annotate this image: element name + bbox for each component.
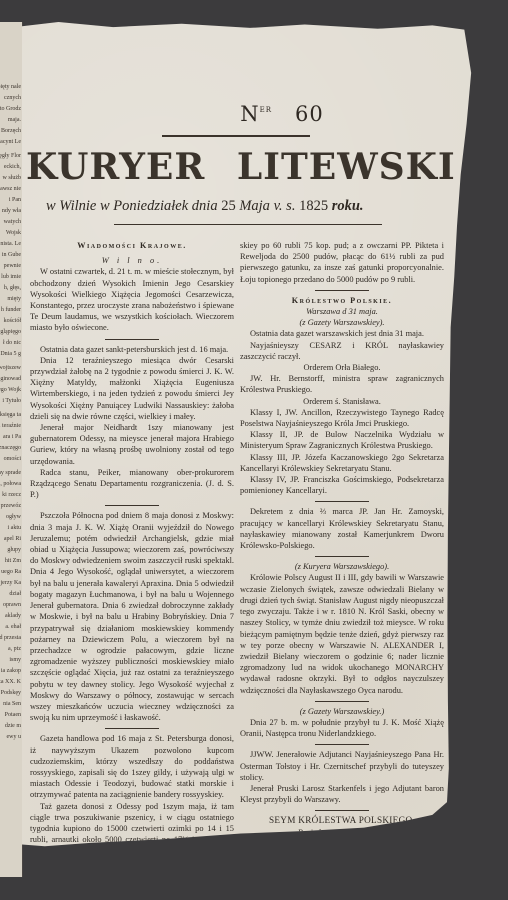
previous-page-text-fragment: ismy xyxy=(9,657,21,664)
previous-page-text-fragment: omości xyxy=(4,456,21,463)
newspaper-sheet: NER 60 KURYER LITEWSKI w Wilnie w Ponied… xyxy=(22,22,478,870)
masthead-word-1: KURYER xyxy=(26,146,205,188)
article-paragraph: Dnia 12 teraźnieyszego miesiąca dwór Ces… xyxy=(30,355,234,422)
article-paragraph: Jenerał Pruski Larosz Starkenfels i jego… xyxy=(240,783,444,805)
issue-number: NER 60 xyxy=(207,102,357,126)
previous-page-text-fragment: ego Wojk xyxy=(0,387,21,394)
issue-prefix: N xyxy=(240,102,259,126)
article-paragraph: Jenerał major Neidhardt 1szy mianowany j… xyxy=(30,422,234,467)
article-paragraph: Ostatnia data gazet sankt-petersburskich… xyxy=(30,344,234,355)
order-heading: Orderem Orła Białego. xyxy=(240,362,444,373)
previous-page-text-fragment: jerzy Ka xyxy=(1,580,22,587)
previous-page-text-fragment: Borzęch xyxy=(1,128,21,135)
previous-page-text-fragment: watych xyxy=(4,219,21,226)
article-divider xyxy=(315,290,369,291)
source-note: (z Gazety Warszawskiey.) xyxy=(240,706,444,717)
source-note: (z Gazety Warszawskiey). xyxy=(240,317,444,328)
previous-page-text-fragment: Wojsk xyxy=(6,230,21,237)
previous-page-text-fragment: h funder xyxy=(1,307,21,314)
dateline-prefix: w Wilnie w Poniedziałek dnia xyxy=(46,198,218,214)
previous-page-text-fragment: cznych xyxy=(4,95,21,102)
article-divider xyxy=(315,810,369,811)
dateline-year: 1825 xyxy=(299,198,328,214)
previous-page-text-fragment: i aktu xyxy=(8,525,22,532)
previous-page-text-fragment: ndy wła xyxy=(2,208,21,215)
previous-page-text-fragment: za XX. K xyxy=(0,679,21,686)
previous-page-text-fragment: hit Zm xyxy=(5,558,21,565)
article-paragraph: Nayjaśnieyszy CESARZ i KRÓL nayłaskawiey… xyxy=(240,340,444,362)
previous-page-text-fragment: maja. xyxy=(8,117,21,124)
previous-page-text-fragment: apel Ri xyxy=(4,536,21,543)
article-divider xyxy=(315,501,369,502)
section-heading-kingdom-of-poland: Królestwo Polskie. xyxy=(240,295,444,306)
article-paragraph: Klassy III, JP. Józefa Kaczanowskiego 2g… xyxy=(240,452,444,474)
header-rule-bottom xyxy=(114,224,382,225)
previous-page-text-fragment: i teraźnie xyxy=(0,423,21,430)
article-paragraph: Klassy I, JW. Ancillon, Rzeczywistego Ta… xyxy=(240,407,444,429)
issue-value: 60 xyxy=(295,102,324,126)
section-heading-sejm: SEYM KRÓLESTWA POLSKIEGO. xyxy=(240,815,444,826)
previous-page-text-fragment: kościół xyxy=(4,318,21,325)
previous-page-text-fragment: nawsz nie xyxy=(0,186,21,193)
source-note: (z Kuryera Warszawskiego). xyxy=(240,561,444,572)
previous-page-text-fragment: ewojtszew xyxy=(0,365,21,372)
previous-page-text-fragment: w służb xyxy=(3,175,22,182)
previous-page-text-fragment: Jacynt Le xyxy=(0,139,21,146)
previous-page-text-fragment: Podskęy xyxy=(1,690,21,697)
previous-page-text-fragment: przewóz xyxy=(1,503,21,510)
previous-page-text-fragment: pięty nale xyxy=(0,84,21,91)
previous-page-text-fragment: d przesta xyxy=(0,635,21,642)
article-paragraph: W ostatni czwartek, d. 21 t. m. w mieści… xyxy=(30,266,234,333)
scanned-newspaper-page: pięty nalecznychnto Grodzmaja.BorzęchJac… xyxy=(0,0,508,900)
previous-page-text-fragment: ogływ xyxy=(6,514,21,521)
previous-page-text-fragment: pygląpięgo xyxy=(0,329,21,336)
previous-page-text-fragment: ia zakop xyxy=(1,668,21,675)
issue-sup: ER xyxy=(260,106,272,114)
previous-page-text-fragment: eckich, xyxy=(4,164,21,171)
dateline-month: Maja xyxy=(239,198,270,214)
previous-page-text-fragment: księga ta xyxy=(0,412,21,419)
previous-page-text-fragment: znaczęgo xyxy=(0,445,21,452)
header-rule-top xyxy=(162,135,310,137)
dateline-day: 25 xyxy=(221,198,236,214)
previous-page-text-fragment: zęgły Flor xyxy=(0,153,21,160)
previous-page-text-fragment: lub imie xyxy=(1,274,21,281)
previous-page-text-fragment: ewy u xyxy=(7,734,22,741)
previous-page-text-fragment: mięty xyxy=(7,296,21,303)
dateline-style: v. s. xyxy=(274,198,296,214)
article-paragraph: skiey po 60 rubli 75 kop. pud; a z owcza… xyxy=(240,240,444,285)
dateline: w Wilnie w Poniedziałek dnia 25 Maja v. … xyxy=(46,198,446,215)
article-divider xyxy=(315,701,369,702)
previous-page-text-fragment: nista. Le xyxy=(0,241,21,248)
previous-page-text-fragment: pewnie xyxy=(4,263,21,270)
article-paragraph: JJWW. Jenerałowie Adjutanci Nayjaśnieysz… xyxy=(240,749,444,783)
article-paragraph: Gazeta handlowa pod 16 maja z St. Peters… xyxy=(30,733,234,800)
previous-page-text-fragment: a, ptz xyxy=(8,646,21,653)
article-paragraph: Taż gazeta donosi z Odessy pod 1szym maj… xyxy=(30,801,234,879)
article-paragraph: Klassy II, JP. de Bulow Naczelnika Wydzi… xyxy=(240,429,444,451)
previous-page-text-fragment: ny sprade xyxy=(0,470,21,477)
previous-page-text-fragment: i Tytuło xyxy=(2,398,21,405)
right-column: skiey po 60 rubli 75 kop. pud; a z owcza… xyxy=(240,240,444,883)
previous-page-text-fragment: ki rzecz xyxy=(2,492,21,499)
previous-page-text-fragment: z, połowa xyxy=(0,481,21,488)
previous-page-text-fragment: aklady xyxy=(5,613,21,620)
previous-page-text-fragment: Dnia 5 g xyxy=(0,351,21,358)
article-divider xyxy=(315,744,369,745)
article-paragraph: Pszczoła Północna pod dniem 8 maja donos… xyxy=(30,510,234,723)
article-divider xyxy=(105,505,159,506)
previous-page-text-fragment: ara i Pa xyxy=(3,434,21,441)
place-heading-vilnius: W i l n o. xyxy=(30,255,234,266)
previous-page-text-fragment: ł do nic xyxy=(3,340,21,347)
previous-page-text-fragment: dział xyxy=(9,591,21,598)
article-paragraph: W Izbie Senatorskiey. Na posiedzeniu dni… xyxy=(240,838,444,883)
article-divider xyxy=(315,556,369,557)
masthead-word-2: LITEWSKI xyxy=(237,146,456,188)
left-column: Wiadomości Krajowe. W i l n o. W ostatni… xyxy=(30,240,234,879)
previous-page-text-fragment: uego Ra xyxy=(1,569,21,576)
article-paragraph: Ostatnia data gazet warszawskich jest dn… xyxy=(240,328,444,339)
article-paragraph: Dekretem z dnia ⅔ marca JP. Jan Hr. Zamo… xyxy=(240,506,444,551)
previous-page-text-fragment: nia Sen xyxy=(3,701,21,708)
session-heading: Posiedzenie dnia 25 maja. xyxy=(240,827,444,838)
previous-page-text-fragment: Potaen xyxy=(5,712,21,719)
dateline-suffix: roku. xyxy=(332,198,364,214)
article-paragraph: Klassy IV, JP. Franciszka Gościmskiego, … xyxy=(240,474,444,496)
previous-page-text-fragment: głupy xyxy=(7,547,21,554)
previous-page-text-fragment: h, głęs, xyxy=(4,285,21,292)
previous-page-text-fragment: nto Grodz xyxy=(0,106,21,113)
order-heading: Orderem ś. Stanisława. xyxy=(240,396,444,407)
article-paragraph: Królowie Polscy August II i III, gdy baw… xyxy=(240,572,444,695)
article-paragraph: Dnia 27 b. m. w południe przybył tu J. K… xyxy=(240,717,444,739)
masthead-title: KURYER LITEWSKI xyxy=(26,146,462,188)
previous-page-text-fragment: i Pan xyxy=(9,197,21,204)
section-heading-domestic-news: Wiadomości Krajowe. xyxy=(30,240,234,251)
place-heading-warsaw: Warszawa d 31 maja. xyxy=(240,306,444,317)
previous-page-text-fragment: a. ehał xyxy=(5,624,21,631)
article-paragraph: Radca stanu, Peiker, mianowany ober-prok… xyxy=(30,467,234,501)
previous-page-text-fragment: oprawn xyxy=(3,602,21,609)
previous-page-text-fragment: in Gube xyxy=(2,252,21,259)
article-divider xyxy=(105,728,159,729)
previous-page-text-fragment: ieginowad xyxy=(0,376,21,383)
article-paragraph: JW. Hr. Bernstorff, ministra spraw zagra… xyxy=(240,373,444,395)
previous-page-sliver: pięty nalecznychnto Grodzmaja.BorzęchJac… xyxy=(0,22,23,877)
previous-page-text-fragment: dzie m xyxy=(5,723,21,730)
article-divider xyxy=(105,339,159,340)
